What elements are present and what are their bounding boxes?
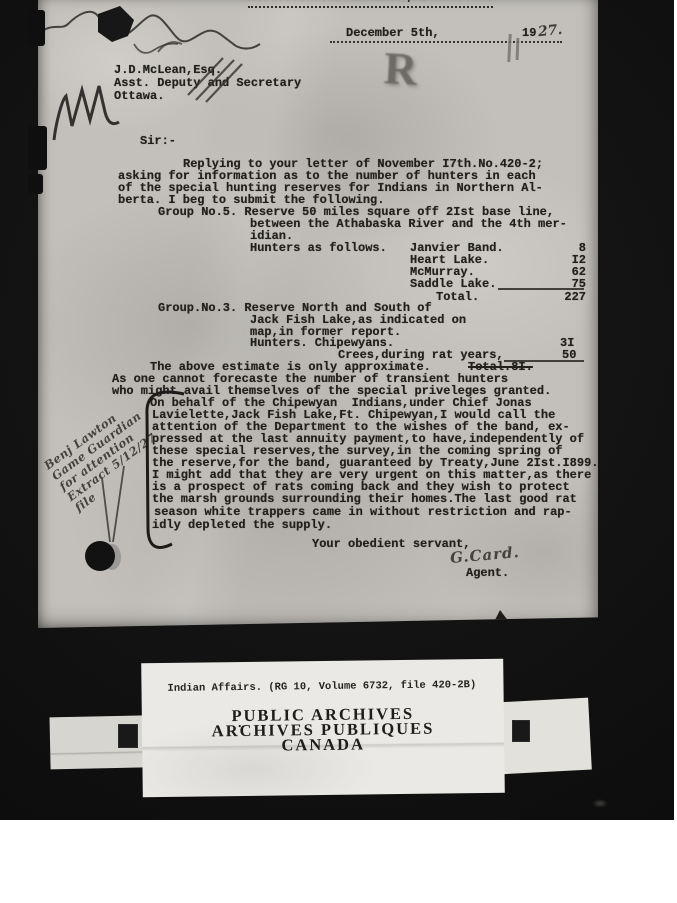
total-count: 227	[564, 291, 586, 303]
film-notch	[28, 126, 47, 170]
date-year-handwritten: 27.	[537, 22, 563, 40]
recipient-city: Ottawa.	[114, 90, 164, 102]
ink-blot-light	[103, 544, 121, 570]
typed-line: the marsh grounds surrounding their home…	[152, 493, 577, 505]
archive-file-reference: Indian Affairs. (RG 10, Volume 6732, fil…	[167, 679, 476, 695]
archive-label-card: Indian Affairs. (RG 10, Volume 6732, fil…	[141, 659, 505, 797]
ink-blot-top	[98, 6, 134, 42]
place-line: At.......FORT McMURRAY,ALTA.......	[248, 0, 493, 8]
closing-line: Your obedient servant,	[312, 538, 470, 550]
label-strip-right	[496, 698, 592, 775]
archives-label-line: CANADA	[142, 735, 504, 754]
date-year-printed: 19	[522, 27, 536, 39]
film-frame-marks	[506, 34, 524, 64]
letter-page: At.......FORT McMURRAY,ALTA....... Decem…	[38, 0, 598, 628]
band-label: Saddle Lake.	[410, 278, 496, 290]
microfilm-photo: At.......FORT McMURRAY,ALTA....... Decem…	[0, 0, 674, 820]
typed-line: season white trappers came in without re…	[154, 506, 572, 518]
signature-title: Agent.	[466, 567, 509, 579]
date-line: December 5th, 19	[330, 24, 562, 43]
screenshot-stage: At.......FORT McMURRAY,ALTA....... Decem…	[0, 0, 677, 903]
typed-line: idly depleted the supply.	[152, 519, 332, 531]
scribble-line	[38, 12, 260, 49]
film-clip	[512, 720, 530, 742]
recipient-title: Asst. Deputy and Secretary	[114, 77, 301, 89]
typed-line: Hunters as follows.	[250, 242, 387, 254]
salutation: Sir:-	[140, 135, 176, 147]
recipient-name: J.D.McLean,Esq.	[114, 64, 222, 76]
typed-line: between the Athabaska River and the 4th …	[250, 218, 567, 230]
small-ink-mark	[495, 610, 509, 622]
film-notch	[28, 174, 43, 194]
film-notch	[28, 10, 45, 46]
handwriting-flourish	[54, 86, 119, 140]
r-stamp: R	[383, 41, 419, 96]
film-smudge	[592, 799, 608, 808]
hunter-total-row: Total. 227	[410, 291, 586, 303]
public-archives-label: PUBLIC ARCHIVES ARCHIVES PUBLIQUES CANAD…	[142, 705, 505, 754]
ink-blot-bottom	[85, 541, 115, 571]
film-clip	[118, 724, 138, 748]
date-text: December 5th,	[346, 27, 440, 39]
handwritten-annotation: Benj Lawton Game Guardian for attention …	[42, 399, 167, 515]
